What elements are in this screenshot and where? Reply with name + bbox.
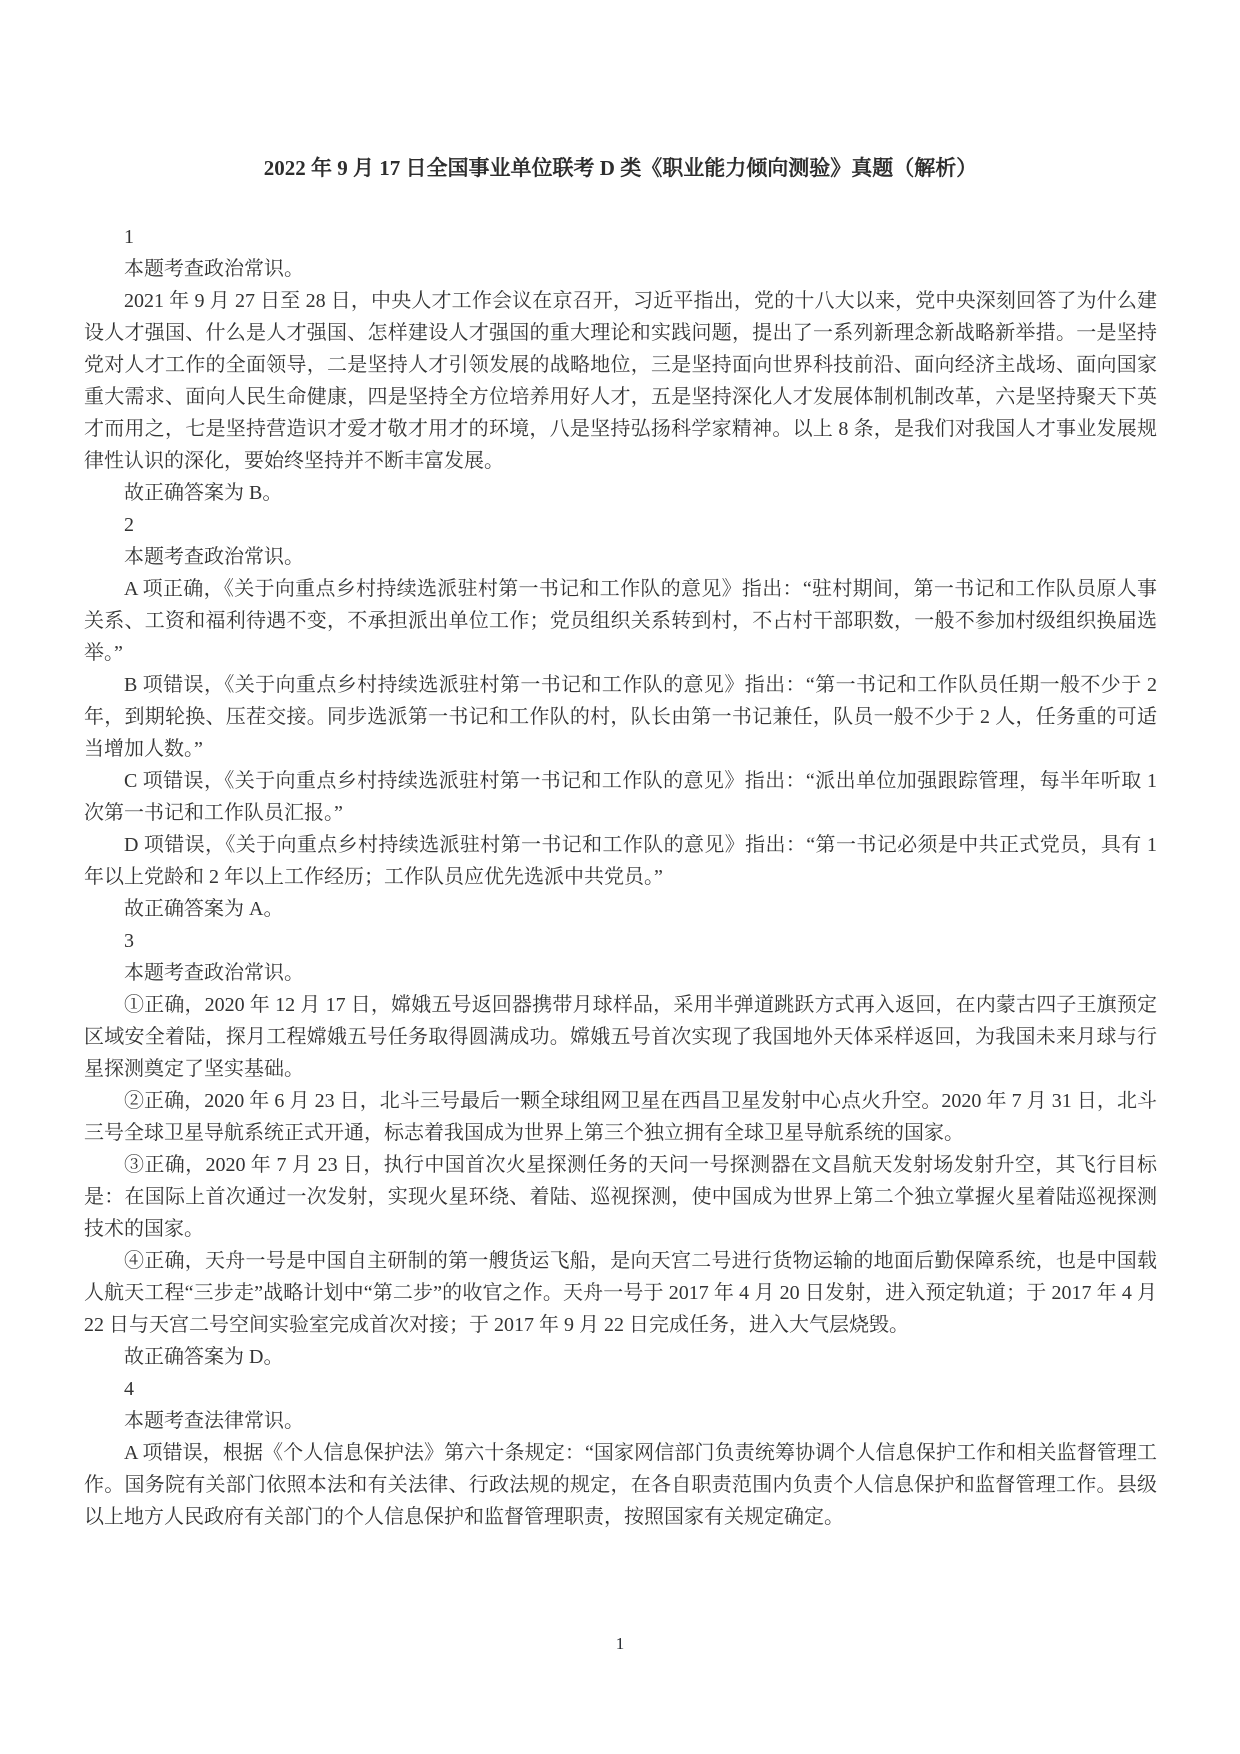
- answer-line: 故正确答案为 A。: [84, 893, 1157, 925]
- question-topic: 本题考查法律常识。: [84, 1405, 1157, 1437]
- page-number: 1: [616, 1634, 625, 1653]
- answer-line: 故正确答案为 B。: [84, 477, 1157, 509]
- question-topic: 本题考查政治常识。: [84, 253, 1157, 285]
- question-topic: 本题考查政治常识。: [84, 957, 1157, 989]
- question-number: 2: [84, 509, 1157, 541]
- document-body: 1本题考查政治常识。2021 年 9 月 27 日至 28 日，中央人才工作会议…: [84, 221, 1157, 1533]
- answer-line: 故正确答案为 D。: [84, 1341, 1157, 1373]
- question-number: 1: [84, 221, 1157, 253]
- analysis-paragraph: B 项错误，《关于向重点乡村持续选派驻村第一书记和工作队的意见》指出：“第一书记…: [84, 669, 1157, 765]
- analysis-paragraph: A 项正确，《关于向重点乡村持续选派驻村第一书记和工作队的意见》指出：“驻村期间…: [84, 573, 1157, 669]
- analysis-paragraph: C 项错误，《关于向重点乡村持续选派驻村第一书记和工作队的意见》指出：“派出单位…: [84, 765, 1157, 829]
- analysis-paragraph: ①正确，2020 年 12 月 17 日，嫦娥五号返回器携带月球样品，采用半弹道…: [84, 989, 1157, 1085]
- analysis-paragraph: ②正确，2020 年 6 月 23 日，北斗三号最后一颗全球组网卫星在西昌卫星发…: [84, 1085, 1157, 1149]
- question-topic: 本题考查政治常识。: [84, 541, 1157, 573]
- page-footer: 1: [0, 1635, 1240, 1654]
- analysis-paragraph: 2021 年 9 月 27 日至 28 日，中央人才工作会议在京召开，习近平指出…: [84, 285, 1157, 477]
- question-number: 4: [84, 1373, 1157, 1405]
- question-number: 3: [84, 925, 1157, 957]
- analysis-paragraph: D 项错误，《关于向重点乡村持续选派驻村第一书记和工作队的意见》指出：“第一书记…: [84, 829, 1157, 893]
- analysis-paragraph: A 项错误，根据《个人信息保护法》第六十条规定：“国家网信部门负责统筹协调个人信…: [84, 1437, 1157, 1533]
- document-title: 2022 年 9 月 17 日全国事业单位联考 D 类《职业能力倾向测验》真题（…: [84, 155, 1157, 181]
- analysis-paragraph: ③正确，2020 年 7 月 23 日，执行中国首次火星探测任务的天问一号探测器…: [84, 1149, 1157, 1245]
- document-page: 2022 年 9 月 17 日全国事业单位联考 D 类《职业能力倾向测验》真题（…: [0, 0, 1240, 1754]
- analysis-paragraph: ④正确，天舟一号是中国自主研制的第一艘货运飞船，是向天宫二号进行货物运输的地面后…: [84, 1245, 1157, 1341]
